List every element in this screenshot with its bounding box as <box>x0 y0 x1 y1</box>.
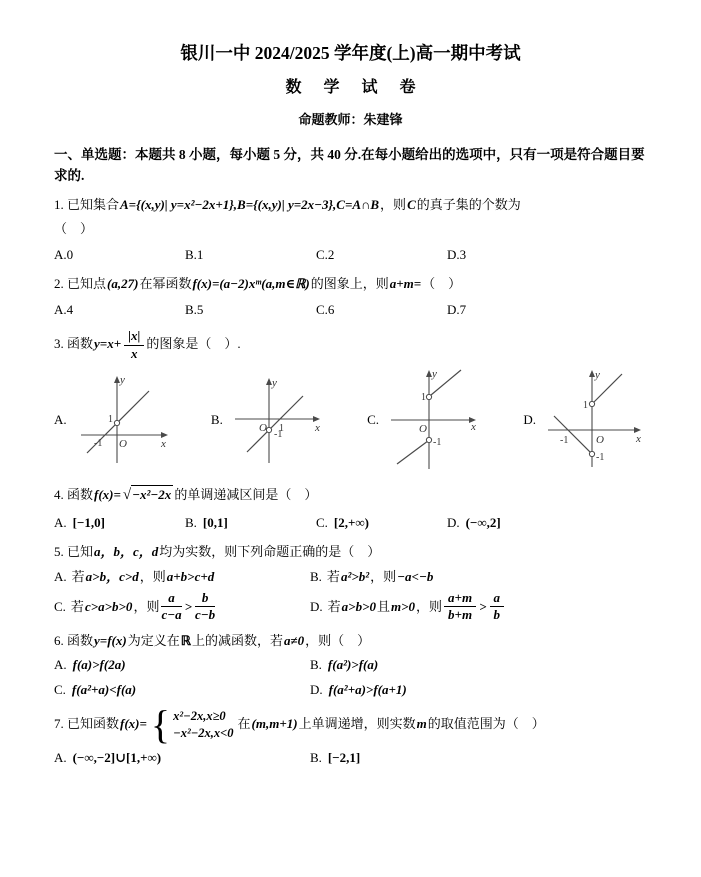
math-segment: a+b>c+d <box>166 567 216 587</box>
question-1-options: A.0 B.1 C.2 D.3 <box>54 245 647 265</box>
y-tick-top-label: 1 <box>583 400 588 411</box>
radical-sign: √ <box>123 487 131 503</box>
piecewise-function: {x²−2x,x≥0−x²−2x,x<0 <box>151 707 235 743</box>
text-segment: 2. 已知点 <box>54 276 106 291</box>
lower-ray <box>397 442 427 464</box>
square-root: √−x²−2x <box>122 487 174 502</box>
option-label: A. <box>54 410 67 430</box>
fraction-denominator: x <box>124 346 144 361</box>
option-c: C.6 <box>316 300 447 320</box>
origin-label: O <box>419 423 427 435</box>
math-segment: C <box>406 197 417 212</box>
math-segment: y=f(x) <box>93 633 128 648</box>
x-axis-label: x <box>470 421 476 433</box>
line-segment <box>247 396 303 452</box>
graph-option-d: D. y x O -1 1 -1 <box>523 366 647 474</box>
math-segment: (a,27) <box>106 276 139 291</box>
question-7: 7. 已知函数f(x)={x²−2x,x≥0−x²−2x,x<0在(m,m+1)… <box>54 707 647 768</box>
text-segment: 的真子集的个数为 <box>417 197 521 212</box>
text-segment: 4. 函数 <box>54 487 93 502</box>
answer-paren: （ ） <box>54 219 647 239</box>
text-segment: ，则 <box>380 197 406 212</box>
text-segment: ，则 <box>370 567 396 587</box>
fraction: bc−b <box>195 591 215 623</box>
question-5: 5. 已知a，b，c，d均为实数，则下列命题正确的是（ ） A.若a>b，c>d… <box>54 542 647 623</box>
question-1-stem: 1. 已知集合A={(x,y)| y=x²−2x+1},B={(x,y)| y=… <box>54 195 647 215</box>
option-value: f(a)>f(2a) <box>72 655 127 675</box>
math-segment: m <box>416 716 428 731</box>
teacher-line: 命题教师：朱建锋 <box>54 110 647 130</box>
math-segment: m>0 <box>390 597 416 617</box>
question-2-stem: 2. 已知点(a,27)在幂函数f(x)=(a−2)xᵐ(a,m∈ℝ)的图象上，… <box>54 274 647 294</box>
function-graph-d: y x O -1 1 -1 <box>542 366 647 474</box>
option-label: C. <box>367 410 379 430</box>
question-6-stem: 6. 函数y=f(x)为定义在ℝ上的减函数，若a≠0，则（ ） <box>54 631 647 651</box>
text-segment: 1. 已知集合 <box>54 197 119 212</box>
option-label: D. <box>310 597 323 617</box>
math-segment: a+m= <box>389 276 422 291</box>
option-a: A.[−1,0] <box>54 513 185 533</box>
function-graph-a: y x O -1 1 <box>73 373 173 467</box>
option-label: A. <box>54 515 67 530</box>
math-segment: (m,m+1) <box>251 716 299 731</box>
y-axis-label: y <box>594 369 600 381</box>
option-label: D. <box>523 410 536 430</box>
open-point-bottom <box>426 437 431 442</box>
option-label: C. <box>54 597 66 617</box>
text-segment: 的取值范围为（ ） <box>428 716 545 731</box>
page-title: 银川一中 2024/2025 学年度(上)高一期中考试 <box>54 40 647 66</box>
text-segment: ，则 <box>416 597 442 617</box>
question-5-options-row-1: A.若a>b，c>d，则a+b>c+d B.若a²>b²，则−a<−b <box>54 567 647 587</box>
text-segment: 7. 已知函数 <box>54 716 119 731</box>
option-d: D.(−∞,2] <box>447 513 578 533</box>
option-c: C.2 <box>316 245 447 265</box>
math-segment: a≠0 <box>283 633 305 648</box>
piecewise-brace: { <box>151 707 170 743</box>
option-a: A.0 <box>54 245 185 265</box>
fraction-denominator: b <box>490 607 505 622</box>
option-d: D.7 <box>447 300 578 320</box>
option-label: A. <box>54 655 67 675</box>
math-segment: y=x+ <box>93 336 122 351</box>
text-segment: 均为实数，则下列命题正确的是（ ） <box>159 544 380 559</box>
question-6-options-row-2: C.f(a²+a)<f(a) D.f(a²+a)>f(a+1) <box>54 680 647 700</box>
text-segment: 若 <box>72 567 85 587</box>
section-heading: 一、单选题：本题共 8 小题，每小题 5 分，共 40 分.在每小题给出的选项中… <box>54 144 647 187</box>
math-segment: f(x)= <box>119 716 148 731</box>
text-segment: 3. 函数 <box>54 336 93 351</box>
fraction: ac−a <box>161 591 181 623</box>
option-label: C. <box>54 680 66 700</box>
math-segment: −a<−b <box>396 567 434 587</box>
open-point-top <box>426 394 431 399</box>
question-4-options: A.[−1,0] B.[0,1] C.[2,+∞) D.(−∞,2] <box>54 513 647 533</box>
fraction-denominator: c−b <box>195 607 215 622</box>
x-axis-label: x <box>635 433 641 445</box>
option-value: [0,1] <box>202 515 229 530</box>
math-segment: a>b>0 <box>341 597 377 617</box>
graph-option-c: C. y x O 1 -1 <box>367 366 485 474</box>
fraction-numerator: a <box>490 591 505 607</box>
option-value: [−2,1] <box>327 748 361 768</box>
x-tick-label: -1 <box>94 438 102 449</box>
question-3-graph-options: A. y x O -1 1 B. <box>54 366 647 474</box>
question-4-stem: 4. 函数f(x)=√−x²−2x的单调递减区间是（ ） <box>54 484 647 507</box>
option-a: A.若a>b，c>d，则a+b>c+d <box>54 567 310 587</box>
option-a: A.(−∞,−2]∪[1,+∞) <box>54 748 310 768</box>
question-1: 1. 已知集合A={(x,y)| y=x²−2x+1},B={(x,y)| y=… <box>54 195 647 265</box>
question-6-options-row-1: A.f(a)>f(2a) B.f(a²)>f(a) <box>54 655 647 675</box>
math-segment: a²>b² <box>340 567 370 587</box>
option-c: C.若c>a>b>0，则ac−a>bc−b <box>54 591 310 623</box>
text-segment: 为定义在 <box>128 633 180 648</box>
question-6: 6. 函数y=f(x)为定义在ℝ上的减函数，若a≠0，则（ ） A.f(a)>f… <box>54 631 647 700</box>
option-label: B. <box>310 655 322 675</box>
option-value: (−∞,2] <box>465 515 502 530</box>
piecewise-row-2: −x²−2x,x<0 <box>172 725 234 742</box>
math-segment: f(x)=(a−2)xᵐ(a,m∈ℝ) <box>191 276 310 291</box>
fraction: a+mb+m <box>444 591 476 623</box>
text-segment: 若 <box>71 597 84 617</box>
question-7-options: A.(−∞,−2]∪[1,+∞) B.[−2,1] <box>54 748 647 768</box>
option-label: B. <box>310 748 322 768</box>
text-segment: ，则 <box>140 567 166 587</box>
question-7-stem: 7. 已知函数f(x)={x²−2x,x≥0−x²−2x,x<0在(m,m+1)… <box>54 707 647 743</box>
text-segment: 的单调递减区间是（ ） <box>174 487 317 502</box>
option-value: (−∞,−2]∪[1,+∞) <box>72 748 162 768</box>
option-b: B.若a²>b²，则−a<−b <box>310 567 566 587</box>
graph-option-b: B. y x O 1 -1 <box>211 373 329 467</box>
open-point <box>266 427 271 432</box>
option-a: A.f(a)>f(2a) <box>54 655 310 675</box>
option-b: B.[0,1] <box>185 513 316 533</box>
fraction: |x|x <box>124 329 144 361</box>
subject-title: 数 学 试 卷 <box>54 76 647 100</box>
option-label: D. <box>310 680 323 700</box>
function-graph-b: y x O 1 -1 <box>229 373 329 467</box>
y-axis-label: y <box>271 377 277 389</box>
fraction-denominator: c−a <box>161 607 181 622</box>
option-b: B.[−2,1] <box>310 748 566 768</box>
open-point-top <box>589 401 594 406</box>
graph-option-a: A. y x O -1 1 <box>54 373 173 467</box>
text-segment: 若 <box>328 597 341 617</box>
option-value: f(a²+a)>f(a+1) <box>328 680 408 700</box>
option-label: D. <box>447 515 460 530</box>
x-axis-label: x <box>160 438 166 450</box>
question-2: 2. 已知点(a,27)在幂函数f(x)=(a−2)xᵐ(a,m∈ℝ)的图象上，… <box>54 274 647 319</box>
text-segment: 5. 已知 <box>54 544 93 559</box>
math-segment: a>b，c>d <box>85 567 140 587</box>
option-label: A. <box>54 748 67 768</box>
origin-label: O <box>596 434 604 446</box>
origin-label: O <box>259 422 267 434</box>
open-point-bottom <box>589 451 594 456</box>
question-5-stem: 5. 已知a，b，c，d均为实数，则下列命题正确的是（ ） <box>54 542 647 562</box>
option-a: A.4 <box>54 300 185 320</box>
option-value: f(a²+a)<f(a) <box>71 680 137 700</box>
option-label: A. <box>54 567 67 587</box>
text-segment: ，则 <box>133 597 159 617</box>
question-4: 4. 函数f(x)=√−x²−2x的单调递减区间是（ ） A.[−1,0] B.… <box>54 484 647 532</box>
text-segment: 且 <box>377 597 390 617</box>
relation-sign: > <box>478 597 487 617</box>
exam-page: 银川一中 2024/2025 学年度(上)高一期中考试 数 学 试 卷 命题教师… <box>0 0 701 768</box>
option-label: B. <box>211 410 223 430</box>
option-b: B.5 <box>185 300 316 320</box>
math-segment: a，b，c，d <box>93 544 159 559</box>
option-c: C.[2,+∞) <box>316 513 447 533</box>
text-segment: 6. 函数 <box>54 633 93 648</box>
question-2-options: A.4 B.5 C.6 D.7 <box>54 300 647 320</box>
question-3-stem: 3. 函数y=x+|x|x的图象是（ ）. <box>54 329 647 361</box>
y-tick-bottom-label: -1 <box>596 452 604 463</box>
y-tick-bottom-label: -1 <box>433 437 441 448</box>
fraction-numerator: b <box>195 591 215 607</box>
question-5-options-row-2: C.若c>a>b>0，则ac−a>bc−b D.若a>b>0且m>0，则a+mb… <box>54 591 647 623</box>
text-segment: 在幂函数 <box>139 276 191 291</box>
fraction-numerator: |x| <box>124 329 144 345</box>
text-segment: 若 <box>327 567 340 587</box>
option-d: D.若a>b>0且m>0，则a+mb+m>ab <box>310 591 566 623</box>
relation-sign: > <box>184 597 193 617</box>
option-d: D.f(a²+a)>f(a+1) <box>310 680 566 700</box>
y-tick-label: 1 <box>108 414 113 425</box>
y-axis-label: y <box>119 374 125 386</box>
origin-label: O <box>119 438 127 450</box>
text-segment: ，则（ ） <box>305 633 370 648</box>
fraction-numerator: a <box>161 591 181 607</box>
question-3: 3. 函数y=x+|x|x的图象是（ ）. A. y x O -1 1 <box>54 329 647 474</box>
option-c: C.f(a²+a)<f(a) <box>54 680 310 700</box>
x-axis-label: x <box>314 422 320 434</box>
open-point <box>114 420 119 425</box>
answer-paren: （ ） <box>422 276 461 291</box>
option-value: [−1,0] <box>72 515 106 530</box>
fraction-denominator: b+m <box>444 607 476 622</box>
function-graph-c: y x O 1 -1 <box>385 366 485 474</box>
piecewise-rows: x²−2x,x≥0−x²−2x,x<0 <box>172 708 234 742</box>
x-tick-label: -1 <box>560 435 568 446</box>
option-d: D.3 <box>447 245 578 265</box>
text-segment: 在 <box>238 716 251 731</box>
option-label: C. <box>316 515 328 530</box>
text-segment: 上单调递增，则实数 <box>299 716 416 731</box>
option-b: B.f(a²)>f(a) <box>310 655 566 675</box>
option-value: f(a²)>f(a) <box>327 655 379 675</box>
option-value: [2,+∞) <box>333 515 370 530</box>
math-segment: c>a>b>0 <box>84 597 134 617</box>
y-axis-label: y <box>431 368 437 380</box>
math-segment: ℝ <box>180 633 192 648</box>
text-segment: 的图象上，则 <box>311 276 389 291</box>
piecewise-row-1: x²−2x,x≥0 <box>172 708 234 725</box>
fraction-numerator: a+m <box>444 591 476 607</box>
math-segment: f(x)= <box>93 487 122 502</box>
option-label: B. <box>310 567 322 587</box>
option-label: B. <box>185 515 197 530</box>
text-segment: 上的减函数，若 <box>192 633 283 648</box>
text-segment: 的图象是（ ）. <box>146 336 240 351</box>
y-tick-top-label: 1 <box>421 392 426 403</box>
math-segment: A={(x,y)| y=x²−2x+1},B={(x,y)| y=2x−3},C… <box>119 197 380 212</box>
fraction: ab <box>490 591 505 623</box>
option-b: B.1 <box>185 245 316 265</box>
y-tick-label: -1 <box>274 429 282 440</box>
radicand: −x²−2x <box>131 485 173 502</box>
